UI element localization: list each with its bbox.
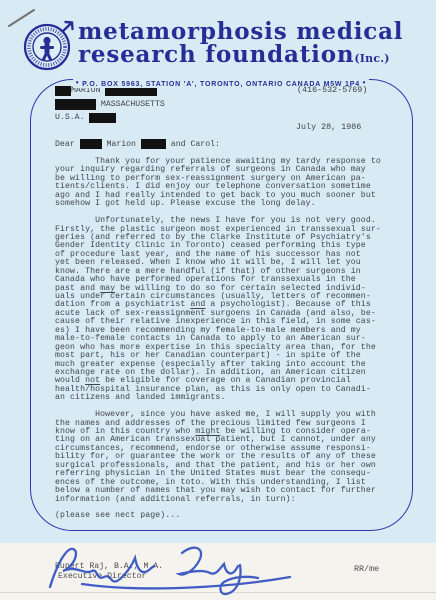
- typewritten-line: information (and additional referrals, i…: [55, 496, 400, 504]
- text-segment: U.S.A.: [55, 113, 89, 122]
- text-segment: and Carol:: [166, 140, 220, 149]
- letter-page: metamorphosis medical research foundatio…: [0, 0, 436, 600]
- redaction-bar: [55, 99, 96, 110]
- divider-bullet-left: •: [76, 78, 80, 87]
- handwritten-signature: [34, 535, 314, 600]
- recipient-address-row: MASSACHUSETTS: [55, 98, 165, 112]
- redaction-bar: [80, 139, 102, 150]
- redaction-bar: [89, 113, 116, 124]
- salutation-line: Dear Marion and Carol:: [55, 138, 220, 150]
- paragraph: Unfortunately, the news I have for you i…: [55, 217, 400, 403]
- pencil-mark: [7, 7, 37, 29]
- typist-initials: RR/me: [354, 564, 379, 574]
- typewritten-line: an citizens and landed immigrants.: [55, 394, 400, 402]
- redaction-bar: [141, 139, 166, 150]
- letter-body: Thank you for your patience awaiting my …: [55, 158, 400, 529]
- phone-number: (416-532-5769): [297, 85, 367, 95]
- paragraph: However, since you have asked me, I will…: [55, 411, 400, 504]
- signature-strip: Rupert Raj, B.A., M.A. Executive Directo…: [0, 543, 436, 600]
- recipient-address-row: U.S.A.: [55, 111, 165, 125]
- paragraph: (please see nect page)...: [55, 512, 400, 520]
- typewritten-line: somehow I got held up. Please excuse the…: [55, 200, 400, 208]
- typewritten-line: (please see nect page)...: [55, 512, 400, 520]
- text-segment: Dear: [55, 140, 80, 149]
- paragraph: Thank you for your patience awaiting my …: [55, 158, 400, 209]
- text-segment: Marion: [102, 140, 141, 149]
- text-segment: MASSACHUSETTS: [96, 100, 165, 109]
- letter-date: July 28, 1986: [296, 122, 361, 132]
